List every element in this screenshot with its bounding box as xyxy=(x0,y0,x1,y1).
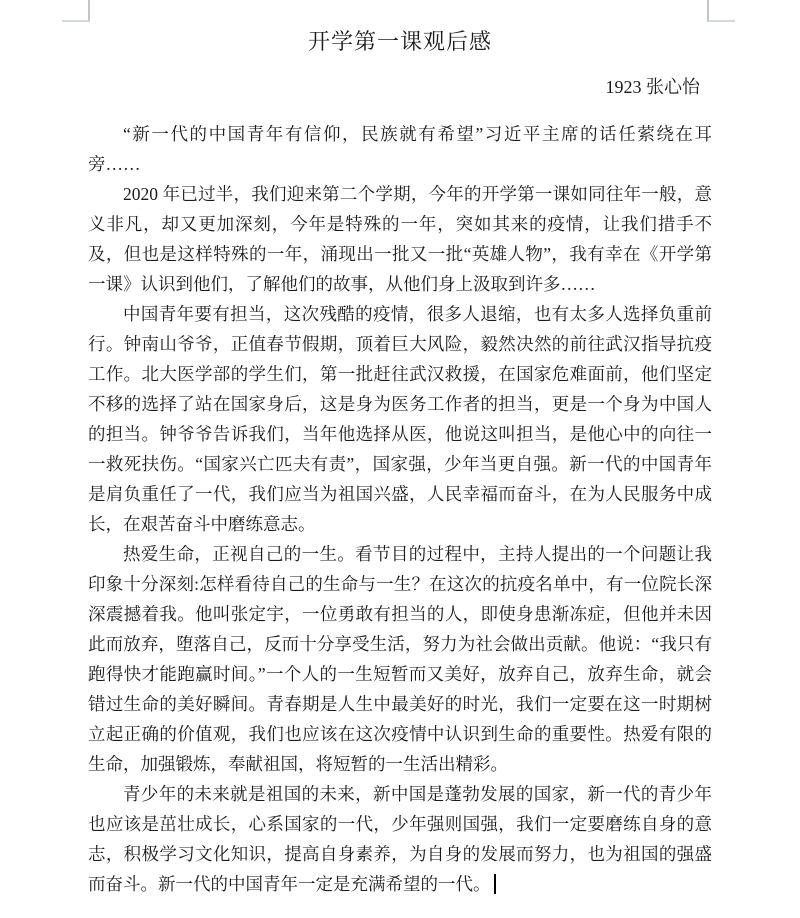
document-body[interactable]: “新一代的中国青年有信仰，民族就有希望”习近平主席的话任萦绕在耳旁…… 2020… xyxy=(88,119,712,899)
paragraph-3[interactable]: 中国青年要有担当，这次残酷的疫情，很多人退缩，也有太多人选择负重前行。钟南山爷爷… xyxy=(88,299,712,539)
paragraph-1[interactable]: “新一代的中国青年有信仰，民族就有希望”习近平主席的话任萦绕在耳旁…… xyxy=(88,119,712,179)
paragraph-5-text[interactable]: 青少年的未来就是祖国的未来，新中国是蓬勃发展的国家，新一代的青少年也应该是茁壮成… xyxy=(88,784,712,894)
document-title[interactable]: 开学第一课观后感 xyxy=(88,27,712,57)
paragraph-2[interactable]: 2020 年已过半，我们迎来第二个学期，今年的开学第一课如同往年一般，意义非凡，… xyxy=(88,179,712,299)
paragraph-5[interactable]: 青少年的未来就是祖国的未来，新中国是蓬勃发展的国家，新一代的青少年也应该是茁壮成… xyxy=(88,779,712,899)
document-page[interactable]: 开学第一课观后感 1923 张心怡 “新一代的中国青年有信仰，民族就有希望”习近… xyxy=(0,0,800,899)
author-line[interactable]: 1923 张心怡 xyxy=(88,72,712,102)
text-cursor-caret xyxy=(494,874,496,894)
paragraph-4[interactable]: 热爱生命，正视自己的一生。看节目的过程中，主持人提出的一个问题让我印象十分深刻:… xyxy=(88,539,712,779)
